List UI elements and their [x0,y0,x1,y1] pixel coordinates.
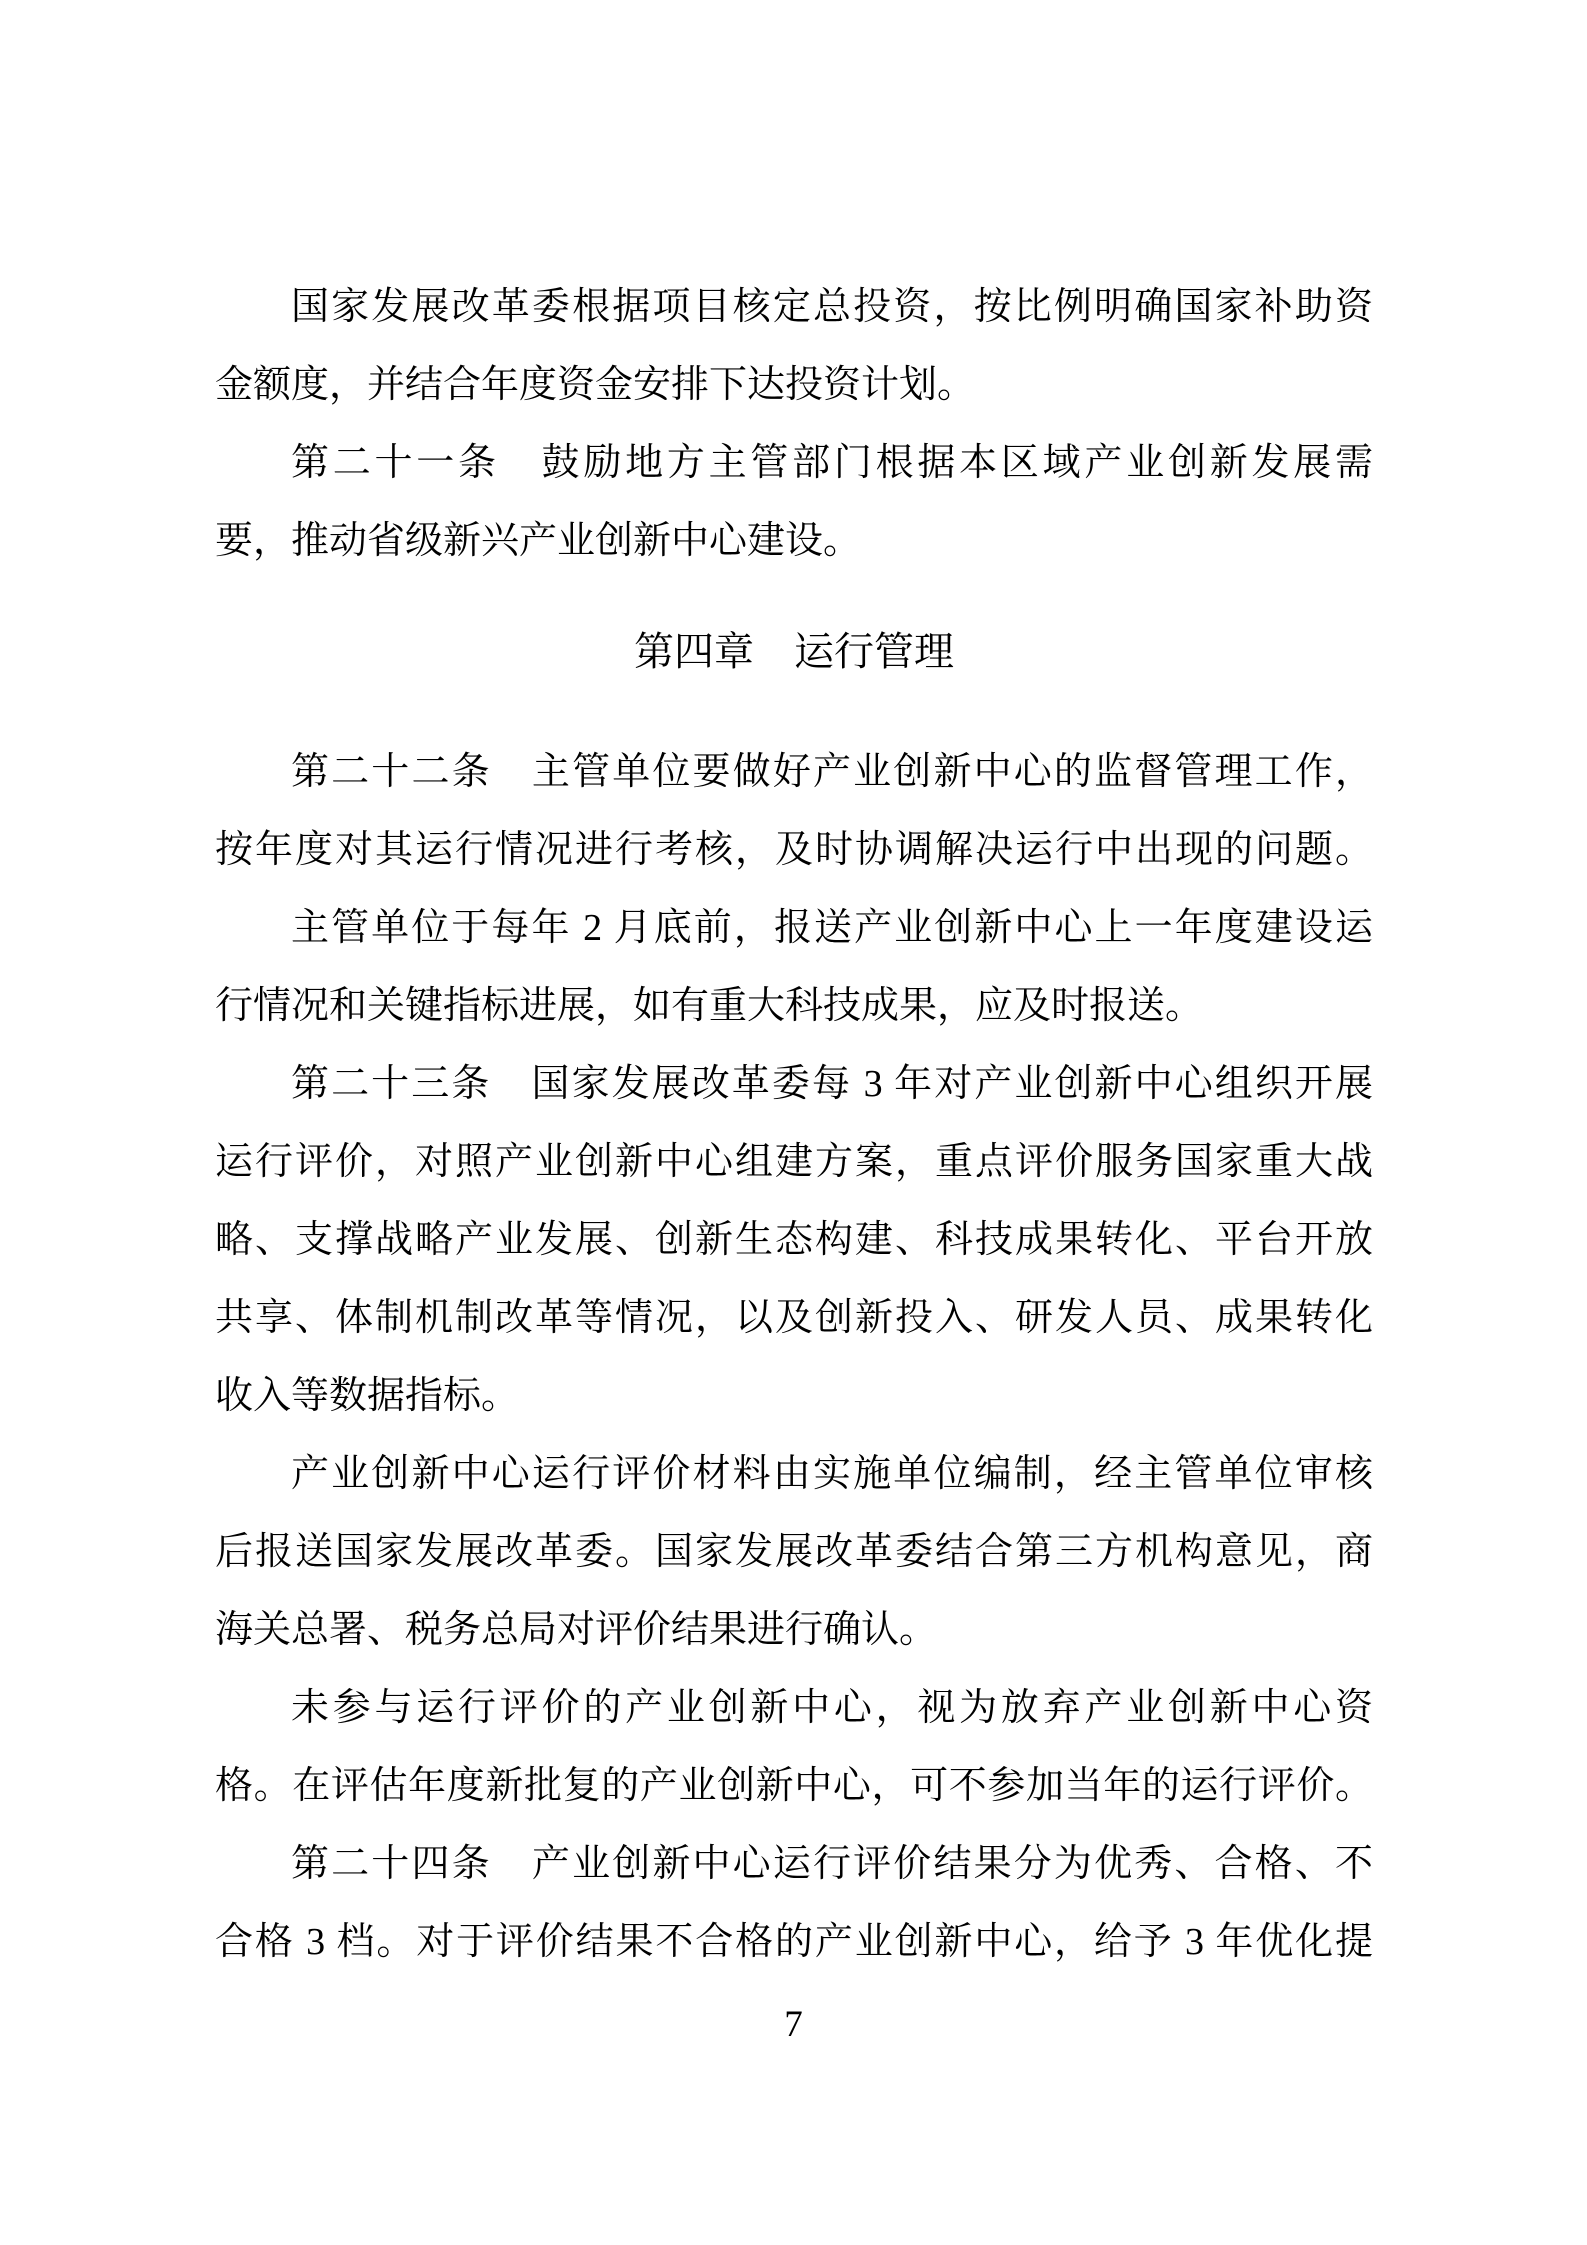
text-line: 第二十四条 产业创新中心运行评价结果分为优秀、合格、不 [215,1825,1373,1903]
paragraph-article-23: 第二十三条 国家发展改革委每 3 年对产业创新中心组织开展 运行评价，对照产业创… [215,1045,1373,1435]
text-line: 主管单位于每年 2 月底前，报送产业创新中心上一年度建设运 [215,889,1373,967]
text-line: 略、支撑战略产业发展、创新生态构建、科技成果转化、平台开放 [215,1201,1373,1279]
paragraph: 未参与运行评价的产业创新中心，视为放弃产业创新中心资 格。在评估年度新批复的产业… [215,1669,1373,1825]
paragraph: 产业创新中心运行评价材料由实施单位编制，经主管单位审核 后报送国家发展改革委。国… [215,1435,1373,1669]
text-line: 合格 3 档。对于评价结果不合格的产业创新中心，给予 3 年优化提 [215,1903,1373,1981]
text-line: 第二十三条 国家发展改革委每 3 年对产业创新中心组织开展 [215,1045,1373,1123]
paragraph-article-24: 第二十四条 产业创新中心运行评价结果分为优秀、合格、不 合格 3 档。对于评价结… [215,1825,1373,1981]
paragraph-article-22: 第二十二条 主管单位要做好产业创新中心的监督管理工作， 按年度对其运行情况进行考… [215,733,1373,889]
text-line: 海关总署、税务总局对评价结果进行确认。 [215,1591,1373,1669]
paragraph-article-21: 第二十一条 鼓励地方主管部门根据本区域产业创新发展需 要，推动省级新兴产业创新中… [215,424,1373,580]
text-line: 第二十一条 鼓励地方主管部门根据本区域产业创新发展需 [215,424,1373,502]
text-line: 运行评价，对照产业创新中心组建方案，重点评价服务国家重大战 [215,1123,1373,1201]
page-number: 7 [0,2000,1587,2050]
text-line: 行情况和关键指标进展，如有重大科技成果，应及时报送。 [215,967,1373,1045]
text-line: 国家发展改革委根据项目核定总投资，按比例明确国家补助资 [215,268,1373,346]
text-line: 共享、体制机制改革等情况，以及创新投入、研发人员、成果转化 [215,1279,1373,1357]
text-line: 按年度对其运行情况进行考核，及时协调解决运行中出现的问题。 [215,811,1373,889]
text-line: 要，推动省级新兴产业创新中心建设。 [215,502,1373,580]
text-line: 产业创新中心运行评价材料由实施单位编制，经主管单位审核 [215,1435,1373,1513]
text-line: 后报送国家发展改革委。国家发展改革委结合第三方机构意见，商 [215,1513,1373,1591]
text-line: 格。在评估年度新批复的产业创新中心，可不参加当年的运行评价。 [215,1747,1373,1825]
paragraph: 国家发展改革委根据项目核定总投资，按比例明确国家补助资 金额度，并结合年度资金安… [215,268,1373,424]
text-line: 收入等数据指标。 [215,1357,1373,1435]
text-line: 金额度，并结合年度资金安排下达投资计划。 [215,346,1373,424]
text-line: 第二十二条 主管单位要做好产业创新中心的监督管理工作， [215,733,1373,811]
text-line: 未参与运行评价的产业创新中心，视为放弃产业创新中心资 [215,1669,1373,1747]
paragraph: 主管单位于每年 2 月底前，报送产业创新中心上一年度建设运 行情况和关键指标进展… [215,889,1373,1045]
document-body: 国家发展改革委根据项目核定总投资，按比例明确国家补助资 金额度，并结合年度资金安… [215,268,1373,1981]
chapter-heading: 第四章 运行管理 [215,613,1373,691]
document-page: 国家发展改革委根据项目核定总投资，按比例明确国家补助资 金额度，并结合年度资金安… [0,0,1587,2245]
